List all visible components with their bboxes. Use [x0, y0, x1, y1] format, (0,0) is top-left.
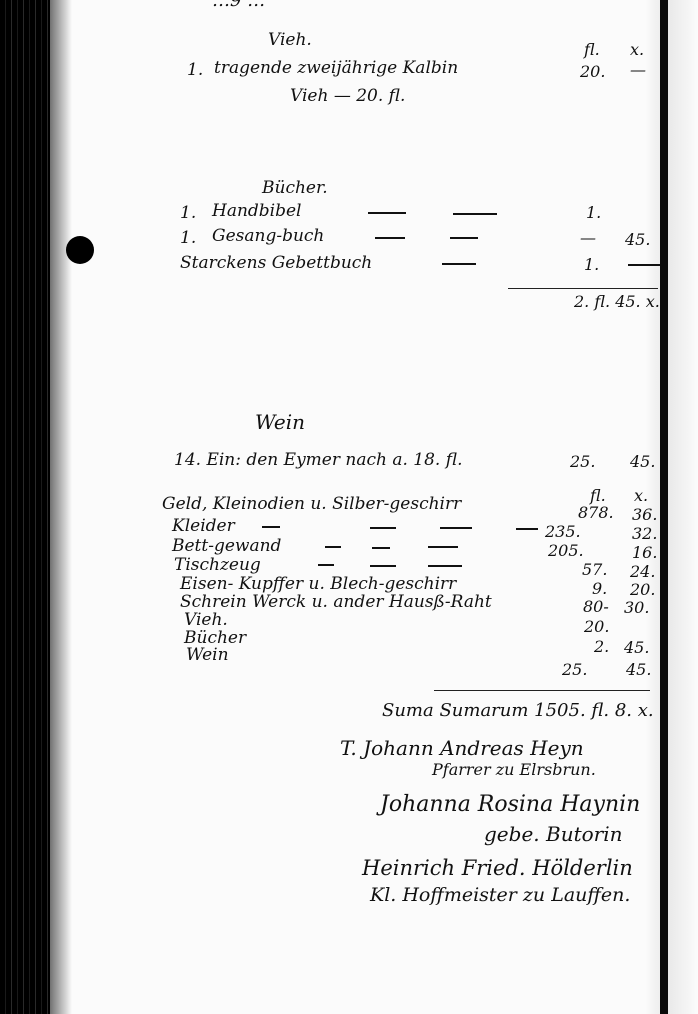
row-desc: Tischzeug [174, 555, 261, 575]
row-x: 30. [624, 598, 649, 617]
filler-dash [372, 547, 390, 549]
filler-dash [370, 527, 396, 529]
row-x: 36. [632, 505, 657, 524]
item-desc: Handbibel [212, 201, 302, 221]
row-x: 20. [630, 580, 655, 599]
filler-dash [428, 546, 458, 548]
col-header-fl: fl. [584, 40, 600, 59]
filler-dash [442, 263, 476, 265]
row-x: 16. [632, 543, 657, 562]
item-fl: — [580, 228, 596, 247]
item-qty: 1. [187, 60, 203, 80]
item-x: — [630, 60, 646, 79]
row-fl: 80- [583, 597, 609, 616]
item-desc: tragende zweijährige Kalbin [214, 58, 458, 78]
binding-shadow [50, 0, 72, 1014]
row-x: 32. [632, 524, 657, 543]
row-desc: Wein [186, 645, 229, 665]
section-heading-wein: Wein [255, 410, 305, 434]
filler-dash [440, 527, 472, 529]
page-header-fragment: …9 … [212, 0, 265, 11]
item-desc: 14. Ein: den Eymer nach a. 18. fl. [174, 450, 462, 470]
row-fl: 57. [582, 560, 607, 579]
filler-dash [262, 526, 280, 528]
row-desc: Eisen- Kupffer u. Blech-geschirr [180, 574, 456, 594]
filler-dash [628, 264, 660, 266]
row-x: 24. [630, 562, 655, 581]
item-fl: 1. [584, 255, 599, 274]
row-x: 45. [624, 638, 649, 657]
row-desc: Schrein Werck u. ander Hausß-Raht [180, 592, 492, 612]
item-x: 45. [625, 230, 650, 249]
row-fl: 9. [592, 579, 607, 598]
row-fl: 235. [545, 522, 581, 541]
total-rule [508, 288, 658, 289]
row-x: 45. [626, 660, 651, 679]
filler-dash [318, 564, 334, 566]
row-desc: Bett-gewand [172, 536, 281, 556]
section-heading-buecher: Bücher. [262, 178, 328, 198]
section-heading-vieh: Vieh. [268, 30, 312, 50]
row-desc: Geld, Kleinodien u. Silber-geschirr [162, 494, 461, 514]
filler-dash [453, 213, 497, 215]
row-fl: 20. [584, 617, 609, 636]
ink-blot [66, 236, 94, 264]
row-fl: 25. [562, 660, 587, 679]
item-qty: 1. [180, 203, 196, 223]
row-fl: 205. [548, 541, 584, 560]
filler-dash [325, 546, 341, 548]
signature-line2: gebe. Butorin [484, 822, 623, 846]
grand-total: Suma Sumarum 1505. fl. 8. x. [382, 700, 654, 721]
item-qty: 1. [180, 228, 196, 248]
col-header-x: x. [630, 40, 644, 59]
item-desc: Gesang-buch [212, 226, 324, 246]
filler-dash [428, 565, 462, 567]
row-fl: 878. [578, 503, 614, 522]
signature-line2: Kl. Hoffmeister zu Lauffen. [370, 884, 630, 906]
filler-dash [450, 237, 478, 239]
signature-line1: T. Johann Andreas Heyn [340, 736, 584, 760]
book-binding-left [0, 0, 50, 1014]
filler-dash [375, 237, 405, 239]
filler-dash [516, 528, 538, 530]
signature-line1: Johanna Rosina Haynin [380, 792, 640, 817]
total-rule [434, 690, 650, 691]
filler-dash [368, 212, 406, 214]
item-fl: 20. [580, 62, 605, 81]
filler-dash [370, 565, 396, 567]
col-header-x: x. [634, 486, 648, 505]
item-fl: 25. [570, 452, 595, 471]
item-fl: 1. [586, 203, 601, 222]
subtotal-vieh: Vieh — 20. fl. [290, 86, 405, 106]
page-edge-line [660, 0, 668, 1014]
signature-line2: Pfarrer zu Elrsbrun. [432, 760, 596, 779]
row-desc: Kleider [172, 516, 235, 536]
section-total-buecher: 2. fl. 45. x. [574, 292, 660, 311]
item-desc: Starckens Gebettbuch [180, 253, 372, 273]
signature-line1: Heinrich Fried. Hölderlin [362, 856, 633, 880]
row-fl: 2. [594, 637, 609, 656]
item-x: 45. [630, 452, 655, 471]
row-desc: Vieh. [184, 610, 228, 630]
